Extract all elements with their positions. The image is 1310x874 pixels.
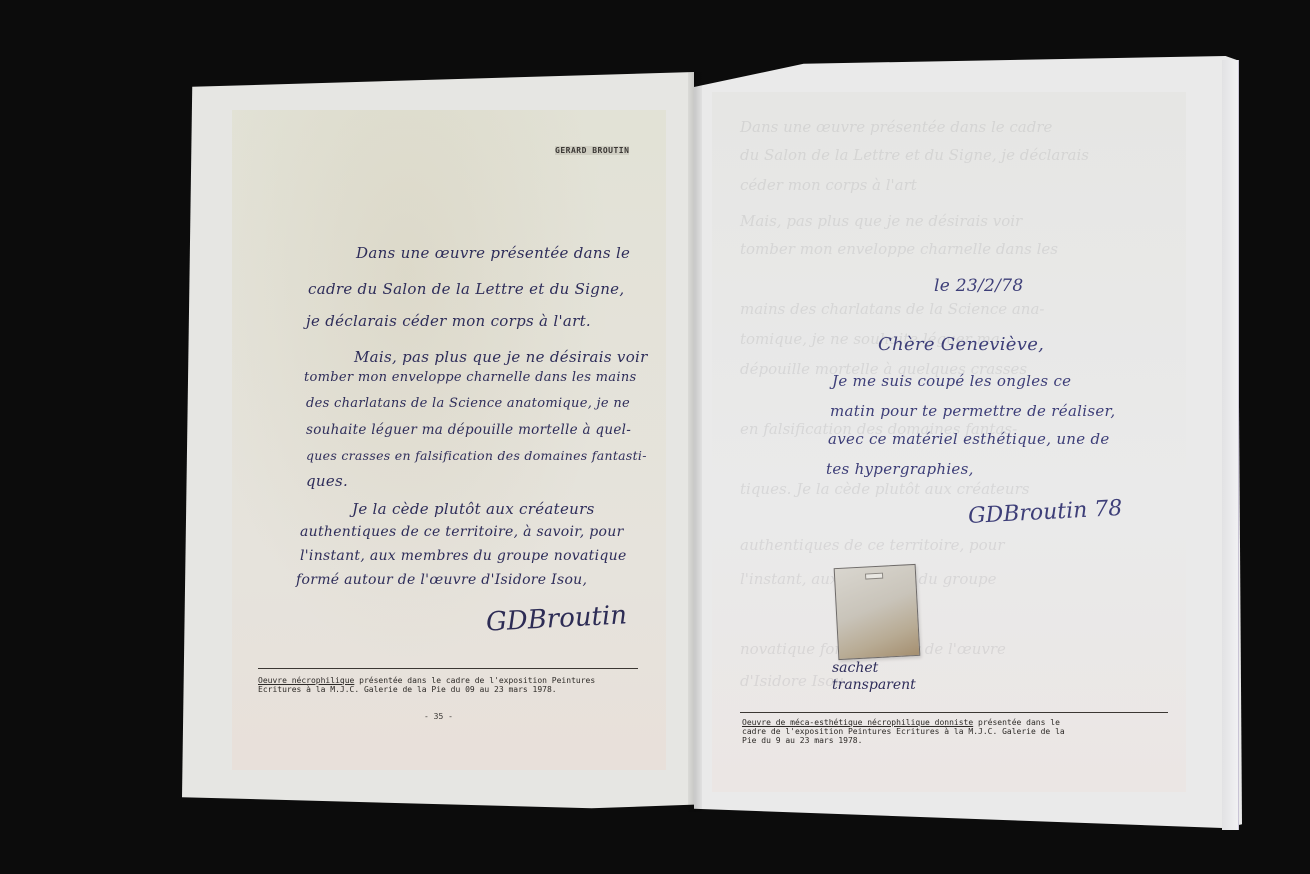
show-through-text: Dans une œuvre présentée dans le cadre (740, 118, 1052, 136)
letter-line: ques. (306, 472, 348, 490)
caption-rule (258, 668, 638, 669)
letter-line: Mais, pas plus que je ne désirais voir (354, 348, 648, 366)
show-through-text: mains des charlatans de la Science ana- (740, 300, 1044, 318)
caption-title: Oeuvre nécrophilique (258, 676, 354, 685)
show-through-text: céder mon corps à l'art (740, 176, 917, 194)
show-through-text: du Salon de la Lettre et du Signe, je dé… (740, 146, 1089, 164)
typed-header-name: GERARD BROUTIN (555, 146, 629, 155)
caption-text: présentée dans le (973, 718, 1060, 727)
letter-line: cadre du Salon de la Lettre et du Signe, (308, 280, 624, 298)
letter-line: des charlatans de la Science anatomique,… (306, 396, 630, 411)
letter-line: matin pour te permettre de réaliser, (830, 402, 1115, 420)
letter-line: Je me suis coupé les ongles ce (832, 372, 1071, 390)
caption-text: cadre de l'exposition Peintures Ecriture… (742, 727, 1065, 736)
page-number: - 35 - (424, 712, 453, 721)
letter-line: Je la cède plutôt aux créateurs (352, 500, 595, 518)
left-facsimile-plate (232, 110, 666, 770)
sachet-label: sachet transparent (832, 660, 916, 694)
letter-line: avec ce matériel esthétique, une de (828, 430, 1110, 448)
caption-title: Oeuvre de méca-esthétique nécrophilique … (742, 718, 973, 727)
show-through-text: tiques. Je la cède plutôt aux créateurs (740, 480, 1029, 498)
letter-date: le 23/2/78 (934, 276, 1023, 296)
book-gutter (688, 72, 702, 812)
letter-line: authentiques de ce territoire, à savoir,… (300, 524, 624, 540)
letter-line: tes hypergraphies, (826, 460, 974, 478)
letter-line: ques crasses en falsification des domain… (306, 448, 647, 463)
letter-line: tomber mon enveloppe charnelle dans les … (304, 370, 636, 385)
left-caption: Oeuvre nécrophilique présentée dans le c… (258, 676, 595, 694)
show-through-text: tomber mon enveloppe charnelle dans les (740, 240, 1058, 258)
page-stack-edge (1222, 60, 1239, 830)
letter-salutation: Chère Geneviève, (878, 334, 1044, 355)
right-caption: Oeuvre de méca-esthétique nécrophilique … (742, 718, 1065, 745)
caption-text: Ecritures à la M.J.C. Galerie de la Pie … (258, 685, 557, 694)
caption-text: présentée dans le cadre de l'exposition … (354, 676, 595, 685)
open-booklet: GERARD BROUTIN Dans une œuvre présentée … (0, 0, 1310, 874)
transparent-sachet-image (834, 564, 921, 660)
show-through-text: Mais, pas plus que je ne désirais voir (740, 212, 1022, 230)
letter-line: l'instant, aux membres du groupe novatiq… (300, 548, 627, 564)
letter-line: formé autour de l'œuvre d'Isidore Isou, (296, 572, 587, 588)
caption-text: Pie du 9 au 23 mars 1978. (742, 736, 862, 745)
caption-rule (740, 712, 1168, 713)
letter-line: je déclarais céder mon corps à l'art. (306, 312, 591, 330)
show-through-text: authentiques de ce territoire, pour (740, 536, 1005, 554)
letter-line: souhaite léguer ma dépouille mortelle à … (306, 422, 631, 438)
letter-line: Dans une œuvre présentée dans le (356, 244, 630, 262)
